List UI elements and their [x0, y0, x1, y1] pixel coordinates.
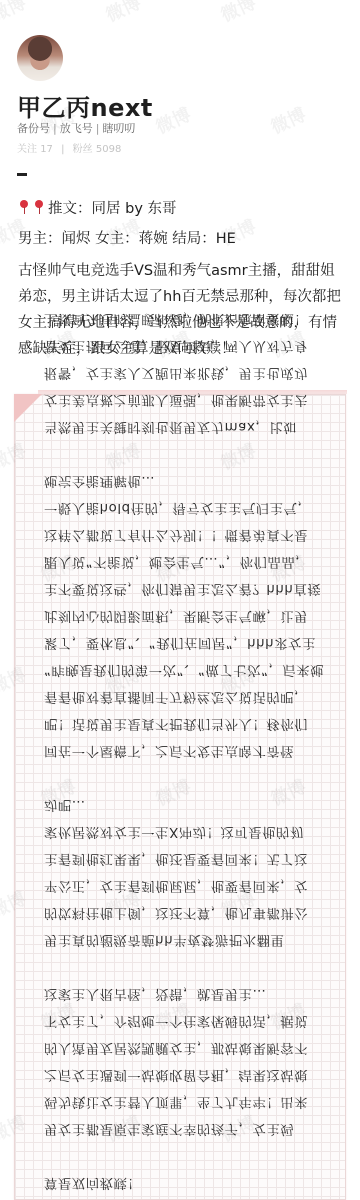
card-text-line	[44, 764, 328, 791]
profile-header	[17, 35, 63, 81]
card-text-line: 主看到他红果果，他还是要看回来！无了这	[44, 845, 328, 872]
profile-tags: 备份号|放飞号|瞎叨叨	[17, 120, 135, 136]
card-text-line: 算是双向救赎！	[44, 1169, 328, 1196]
card-text-line: 的饮料往他上倒，这还不算，他凡事都讲公	[44, 899, 328, 926]
card-text-line: 妈为钱让女主替人顶罪，坐了九年牢！出来	[44, 1088, 328, 1115]
divider: |	[61, 144, 64, 155]
watermark-text: 微博	[151, 101, 195, 140]
watermark-text: 微博	[0, 0, 30, 27]
recommend-text: 推文：同居 by 东哥	[48, 201, 177, 217]
card-text-line: 的人渣男友居然觊觎女主，那姑娘果断容不	[44, 1034, 328, 1061]
card-text-line: 当然男主关键时刻也很男友力max，比如	[44, 413, 328, 440]
folded-corner-icon	[14, 394, 42, 422]
card-text-line: 紧了，要休息”、“我们在同居”，hhh求女主	[44, 629, 328, 656]
avatar[interactable]	[17, 35, 63, 81]
card-text-line	[44, 1142, 328, 1169]
card-text-line: 这家主人很古怪，没错，就是男主…	[44, 980, 328, 1007]
divider: |	[53, 122, 57, 135]
profile-stats: 关注 17 | 粉丝 5098	[17, 140, 121, 155]
card-text-line: 之后女主遇到一姑娘收留合租，结果这姑娘	[44, 1061, 328, 1088]
card-text-line: 吧！话说男主是真不把我们当外人！移你们	[44, 710, 328, 737]
watermark-text: 微博	[101, 0, 145, 27]
section-dash	[17, 173, 27, 176]
tag-backup: 备份号	[17, 122, 50, 135]
card-text-line: “昨晚是我们的第一次”、“做了七次”，后来她	[44, 656, 328, 683]
card-text-line: 一般人能hold住的，得亏女主主气归主气，	[44, 494, 328, 521]
card-text-line: 动吧…	[44, 791, 328, 818]
card-text-line: 此刻内心的阴影面积，果断会生气嘛，让男	[44, 602, 328, 629]
card-text-line: 跟人说“不能说，她会生气…”，你们品品，	[44, 548, 328, 575]
followers-label[interactable]: 粉丝	[73, 144, 93, 155]
card-text-line: 主不要说这些，你们猜男主怎么着？hhh直接	[44, 575, 328, 602]
watermark-text: 微博	[266, 101, 310, 140]
profile-name[interactable]: 甲乙丙next	[17, 88, 153, 123]
following-label[interactable]: 关注	[17, 144, 37, 155]
card-text-line: 男女主都是原生家庭不幸的孩子，女主妈	[44, 1115, 328, 1142]
divider: |	[96, 122, 100, 135]
pin-icon	[18, 199, 30, 215]
post-characters-line: 男主：闻烬 女主：蒋婉 结局：HE	[18, 226, 346, 252]
card-text-line: 男主真的超级奇葩hh半夜梦游把水翻里	[44, 926, 328, 953]
pin-icon	[33, 199, 45, 215]
card-text-line	[44, 440, 328, 467]
post-recommend-line: 推文：同居 by 东哥	[18, 196, 346, 222]
review-image-card[interactable]: 算是双向救赎！男女主都是原生家庭不幸的孩子，女主妈妈为钱让女主替人顶罪，坐了九年…	[14, 394, 346, 1200]
card-text-line: 上找到久违的温暖和爱，就很治愈甜蜜啦！	[44, 305, 328, 332]
card-text-line: 家伙居然对女主一生X冲动！这可是他的初	[44, 818, 328, 845]
card-text-line: 下女主了，介绍她一个住家保姆的活，据说	[44, 1007, 328, 1034]
card-text-line: 报警，女主家人又跑出来讹钱，男主也成功	[44, 359, 328, 386]
card-text-line: 这样么都说了有什么分别！！惯着弟真不是	[44, 521, 328, 548]
card-text-line: 同在一个屋檐下，之后不发生点啥才奇怪	[44, 737, 328, 764]
card-text-line: 女主差点被之前那人逼强，他果断带女主去	[44, 386, 328, 413]
card-text-line: 替女主找回公道，报复回去，两人从对方身	[44, 332, 328, 359]
card-text-line: 她完全能理解他…	[44, 467, 328, 494]
watermark-text: 微博	[216, 0, 260, 27]
card-text-line: 平公正，女主看到他屁屁，他要看回来，女	[44, 872, 328, 899]
tag-chatter: 瞎叨叨	[102, 122, 135, 135]
card-text-line	[44, 953, 328, 980]
following-count[interactable]: 17	[40, 144, 53, 155]
tag-casual: 放飞号	[60, 122, 93, 135]
card-text-block: 算是双向救赎！男女主都是原生家庭不幸的孩子，女主妈妈为钱让女主替人顶罪，坐了九年…	[44, 305, 328, 1196]
card-text-line: 看看他对着直播间千万粉丝怎么说话的吧，	[44, 683, 328, 710]
followers-count[interactable]: 5098	[96, 144, 121, 155]
